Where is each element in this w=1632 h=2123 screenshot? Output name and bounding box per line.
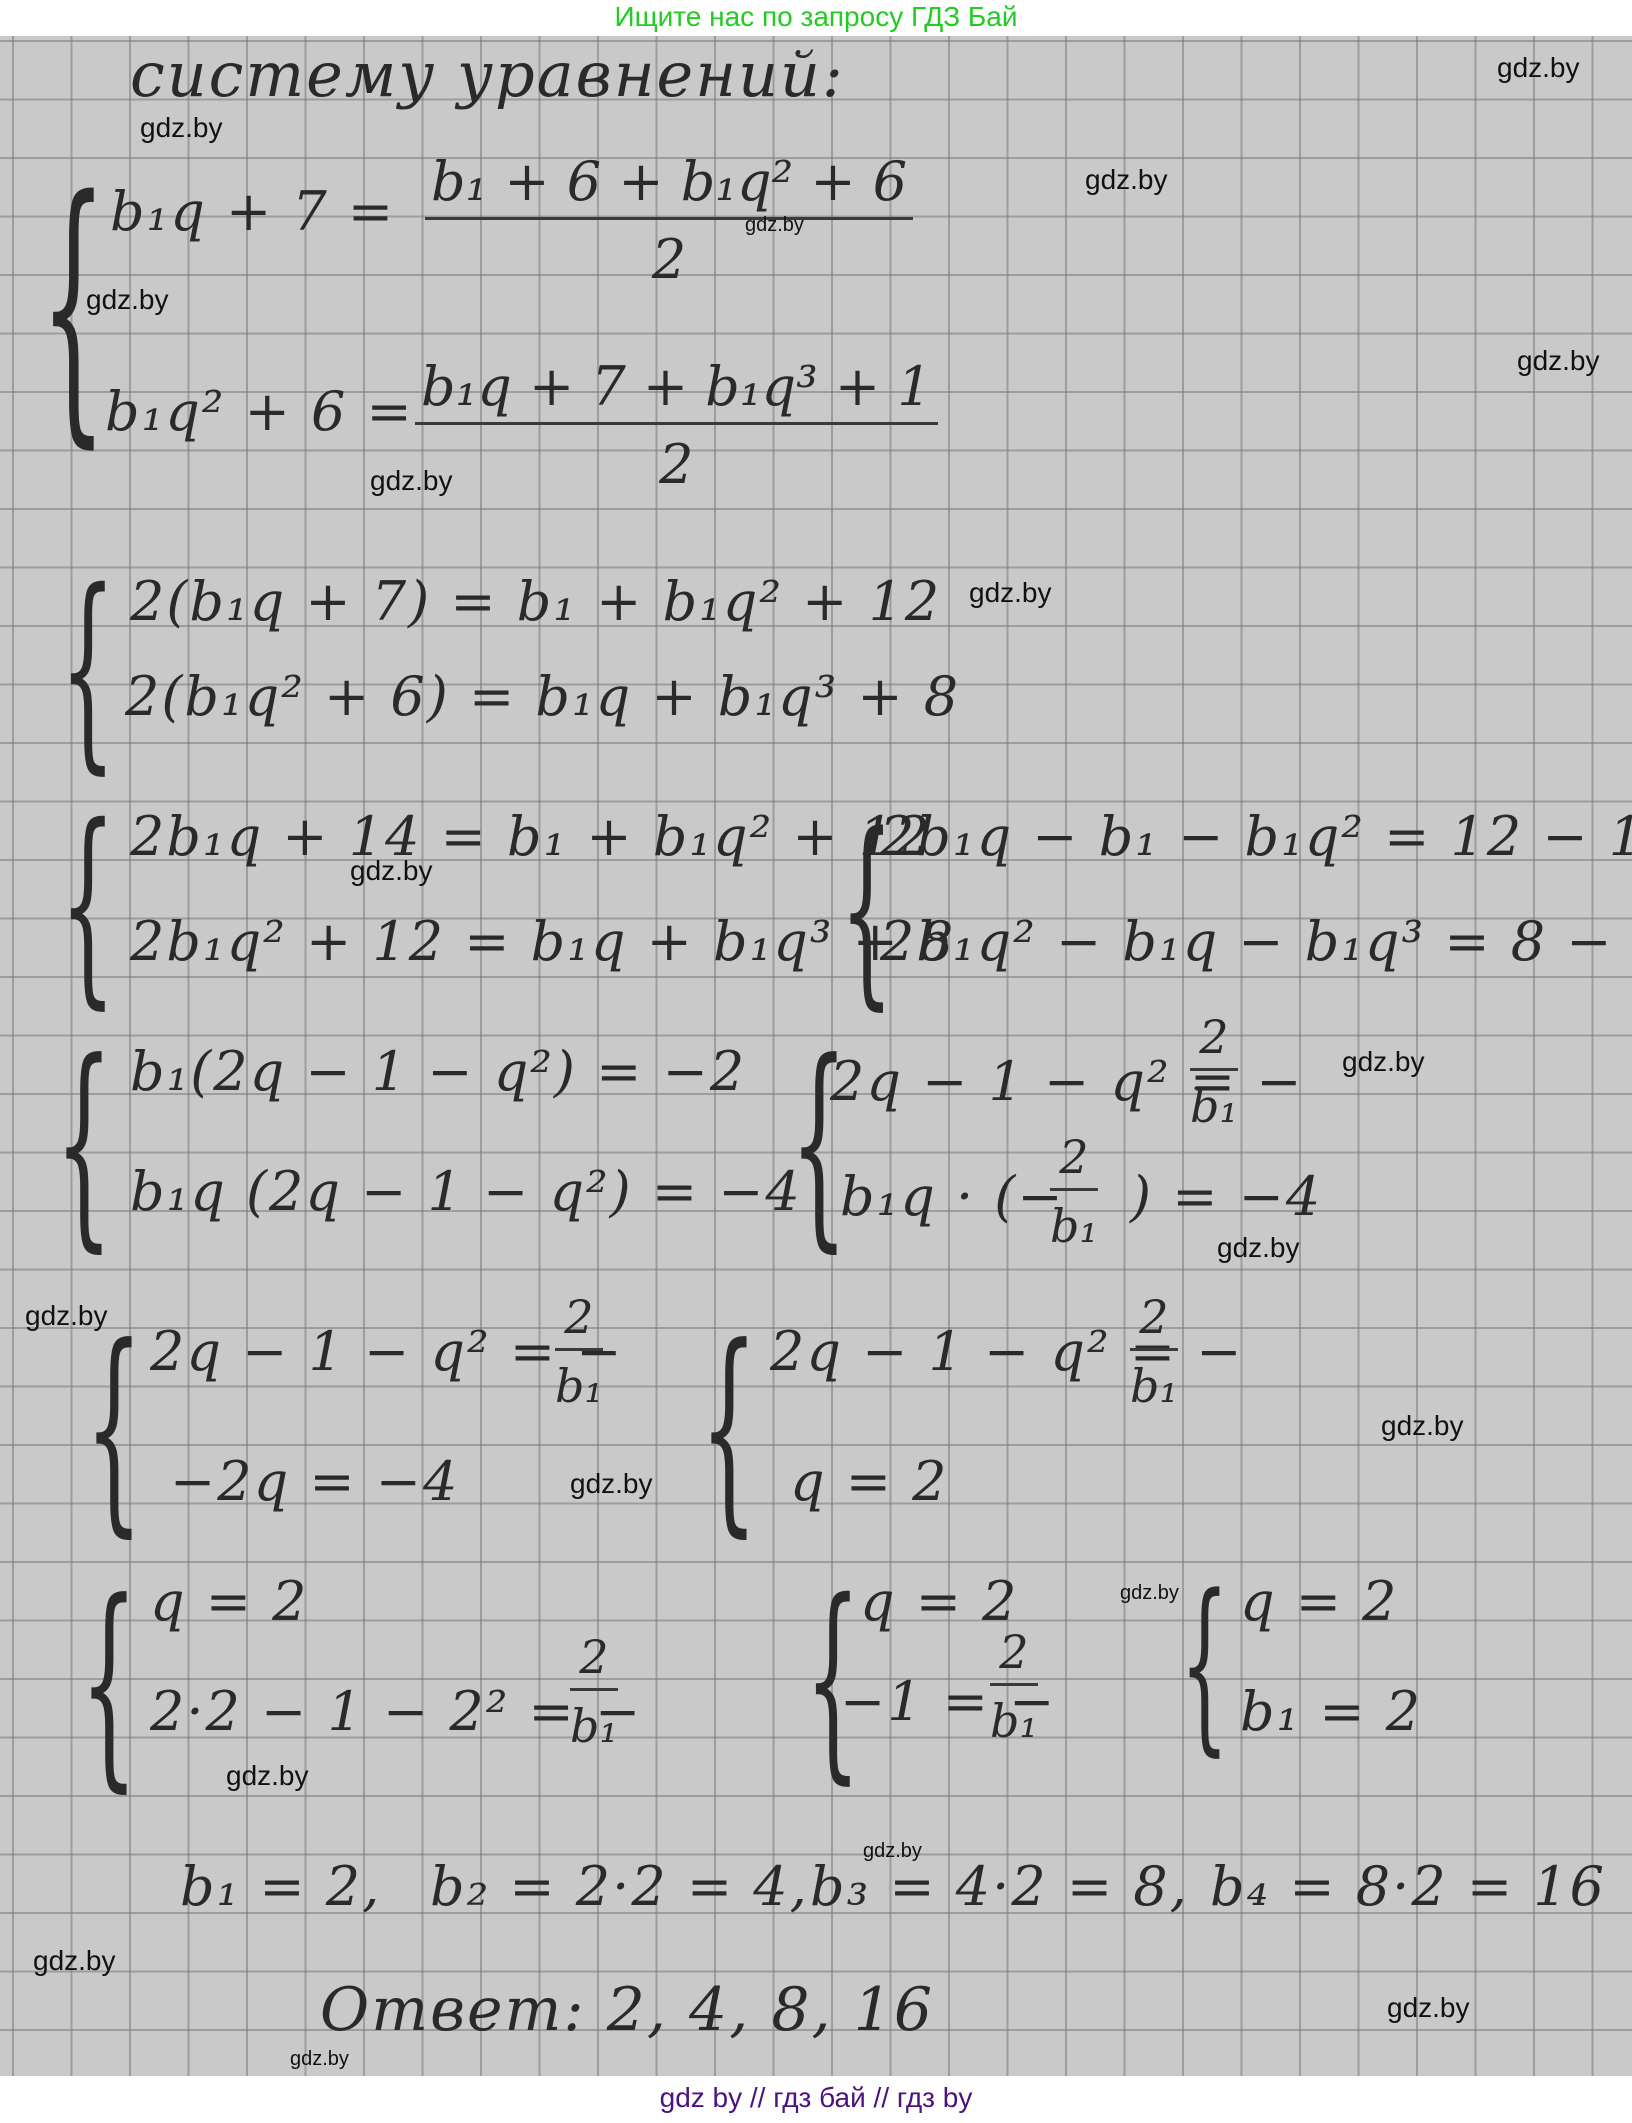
system-10-line-2-fraction: 2 b₁ <box>990 1625 1038 1748</box>
brace-system-3: { <box>60 780 116 1027</box>
numerator: 2 <box>1190 1010 1238 1071</box>
numerator: 2 <box>555 1290 603 1351</box>
numerator: 2 <box>990 1625 1038 1686</box>
system-3-line-1: 2b₁q + 14 = b₁ + b₁q² + 12 <box>130 805 932 868</box>
term-b1: b₁ = 2, <box>180 1855 381 1918</box>
brace-system-9: { <box>80 1555 138 1812</box>
heading: системy уравнений: <box>130 38 845 111</box>
watermark: gdz.by <box>25 1300 108 1332</box>
system-9-line-1: q = 2 <box>150 1570 309 1633</box>
numerator: b₁q + 7 + b₁q³ + 1 <box>415 355 938 425</box>
denominator: 2 <box>425 220 913 291</box>
system-1-line-1-fraction: b₁ + 6 + b₁q² + 6 2 <box>425 150 913 291</box>
watermark: gdz.by <box>1085 164 1168 196</box>
watermark: gdz.by <box>1217 1232 1300 1264</box>
brace-system-5: { <box>55 1015 113 1272</box>
system-1-line-2-fraction: b₁q + 7 + b₁q³ + 1 2 <box>415 355 938 496</box>
system-6-line-2-rhs: ) = −4 <box>1130 1165 1322 1228</box>
bottom-banner-text[interactable]: gdz by // гдз бай // гдз by <box>660 2082 973 2113</box>
numerator: 2 <box>570 1630 618 1691</box>
watermark: gdz.by <box>1120 1582 1179 1605</box>
numerator: 2 <box>1050 1130 1098 1191</box>
watermark: gdz.by <box>863 1840 922 1863</box>
system-4-line-2: 2b₁q² − b₁q − b₁q³ = 8 − 12 <box>880 910 1632 973</box>
brace-system-2: { <box>60 545 116 792</box>
system-9-line-2-lhs: 2·2 − 1 − 2² = − <box>150 1680 642 1743</box>
watermark: gdz.by <box>226 1760 309 1792</box>
watermark: gdz.by <box>969 577 1052 609</box>
system-8-line-2: q = 2 <box>790 1450 949 1513</box>
system-2-line-2: 2(b₁q² + 6) = b₁q + b₁q³ + 8 <box>125 665 960 728</box>
system-1-line-2-lhs: b₁q² + 6 = <box>105 380 414 443</box>
answer: Ответ: 2, 4, 8, 16 <box>320 1975 934 2045</box>
watermark: gdz.by <box>140 112 223 144</box>
watermark: gdz.by <box>370 465 453 497</box>
system-7-line-1-lhs: 2q − 1 − q² = − <box>150 1320 623 1383</box>
term-b3: b₃ = 4·2 = 8, <box>810 1855 1189 1918</box>
system-6-line-2-lhs: b₁q · (− <box>840 1165 1065 1228</box>
denominator: b₁ <box>1190 1071 1238 1133</box>
watermark: gdz.by <box>1342 1046 1425 1078</box>
system-8-line-1-fraction: 2 b₁ <box>1130 1290 1178 1413</box>
denominator: b₁ <box>1050 1191 1098 1253</box>
numerator: b₁ + 6 + b₁q² + 6 <box>425 150 913 220</box>
system-7-line-1-fraction: 2 b₁ <box>555 1290 603 1413</box>
system-6-line-2-fraction: 2 b₁ <box>1050 1130 1098 1253</box>
system-2-line-1: 2(b₁q + 7) = b₁ + b₁q² + 12 <box>130 570 941 633</box>
system-11-line-1: q = 2 <box>1240 1570 1399 1633</box>
top-banner-text[interactable]: Ищите нас по запросу ГДЗ Бай <box>614 1 1017 32</box>
denominator: b₁ <box>990 1686 1038 1748</box>
system-6-line-1-fraction: 2 b₁ <box>1190 1010 1238 1133</box>
system-3-line-2: 2b₁q² + 12 = b₁q + b₁q³ + 8 <box>130 910 955 973</box>
top-banner[interactable]: Ищите нас по запросу ГДЗ Бай <box>0 0 1632 36</box>
denominator: b₁ <box>1130 1351 1178 1413</box>
system-1-line-1-lhs: b₁q + 7 = <box>110 180 395 243</box>
numerator: 2 <box>1130 1290 1178 1351</box>
brace-system-7: { <box>85 1300 143 1557</box>
watermark: gdz.by <box>86 284 169 316</box>
watermark: gdz.by <box>1497 52 1580 84</box>
watermark: gdz.by <box>350 855 433 887</box>
watermark: gdz.by <box>745 214 804 237</box>
system-5-line-1: b₁(2q − 1 − q²) = −2 <box>130 1040 746 1103</box>
brace-system-8: { <box>700 1300 758 1557</box>
watermark: gdz.by <box>1387 1992 1470 2024</box>
denominator: b₁ <box>570 1691 618 1753</box>
denominator: b₁ <box>555 1351 603 1413</box>
term-b2: b₂ = 2·2 = 4, <box>430 1855 809 1918</box>
watermark: gdz.by <box>1381 1410 1464 1442</box>
system-10-line-1: q = 2 <box>860 1570 1019 1633</box>
system-9-line-2-fraction: 2 b₁ <box>570 1630 618 1753</box>
system-5-line-2: b₁q (2q − 1 − q²) = −4 <box>130 1160 802 1223</box>
denominator: 2 <box>415 425 938 496</box>
system-4-line-1: 2b₁q − b₁ − b₁q² = 12 − 14 <box>880 805 1632 868</box>
system-11-line-2: b₁ = 2 <box>1240 1680 1422 1743</box>
watermark: gdz.by <box>33 1945 116 1977</box>
watermark: gdz.by <box>290 2048 349 2071</box>
watermark: gdz.by <box>1517 345 1600 377</box>
brace-system-11: { <box>1180 1555 1229 1773</box>
bottom-banner[interactable]: gdz by // гдз бай // гдз by <box>0 2076 1632 2123</box>
term-b4: b₄ = 8·2 = 16 <box>1210 1855 1606 1918</box>
system-7-line-2: −2q = −4 <box>170 1450 459 1513</box>
watermark: gdz.by <box>570 1468 653 1500</box>
